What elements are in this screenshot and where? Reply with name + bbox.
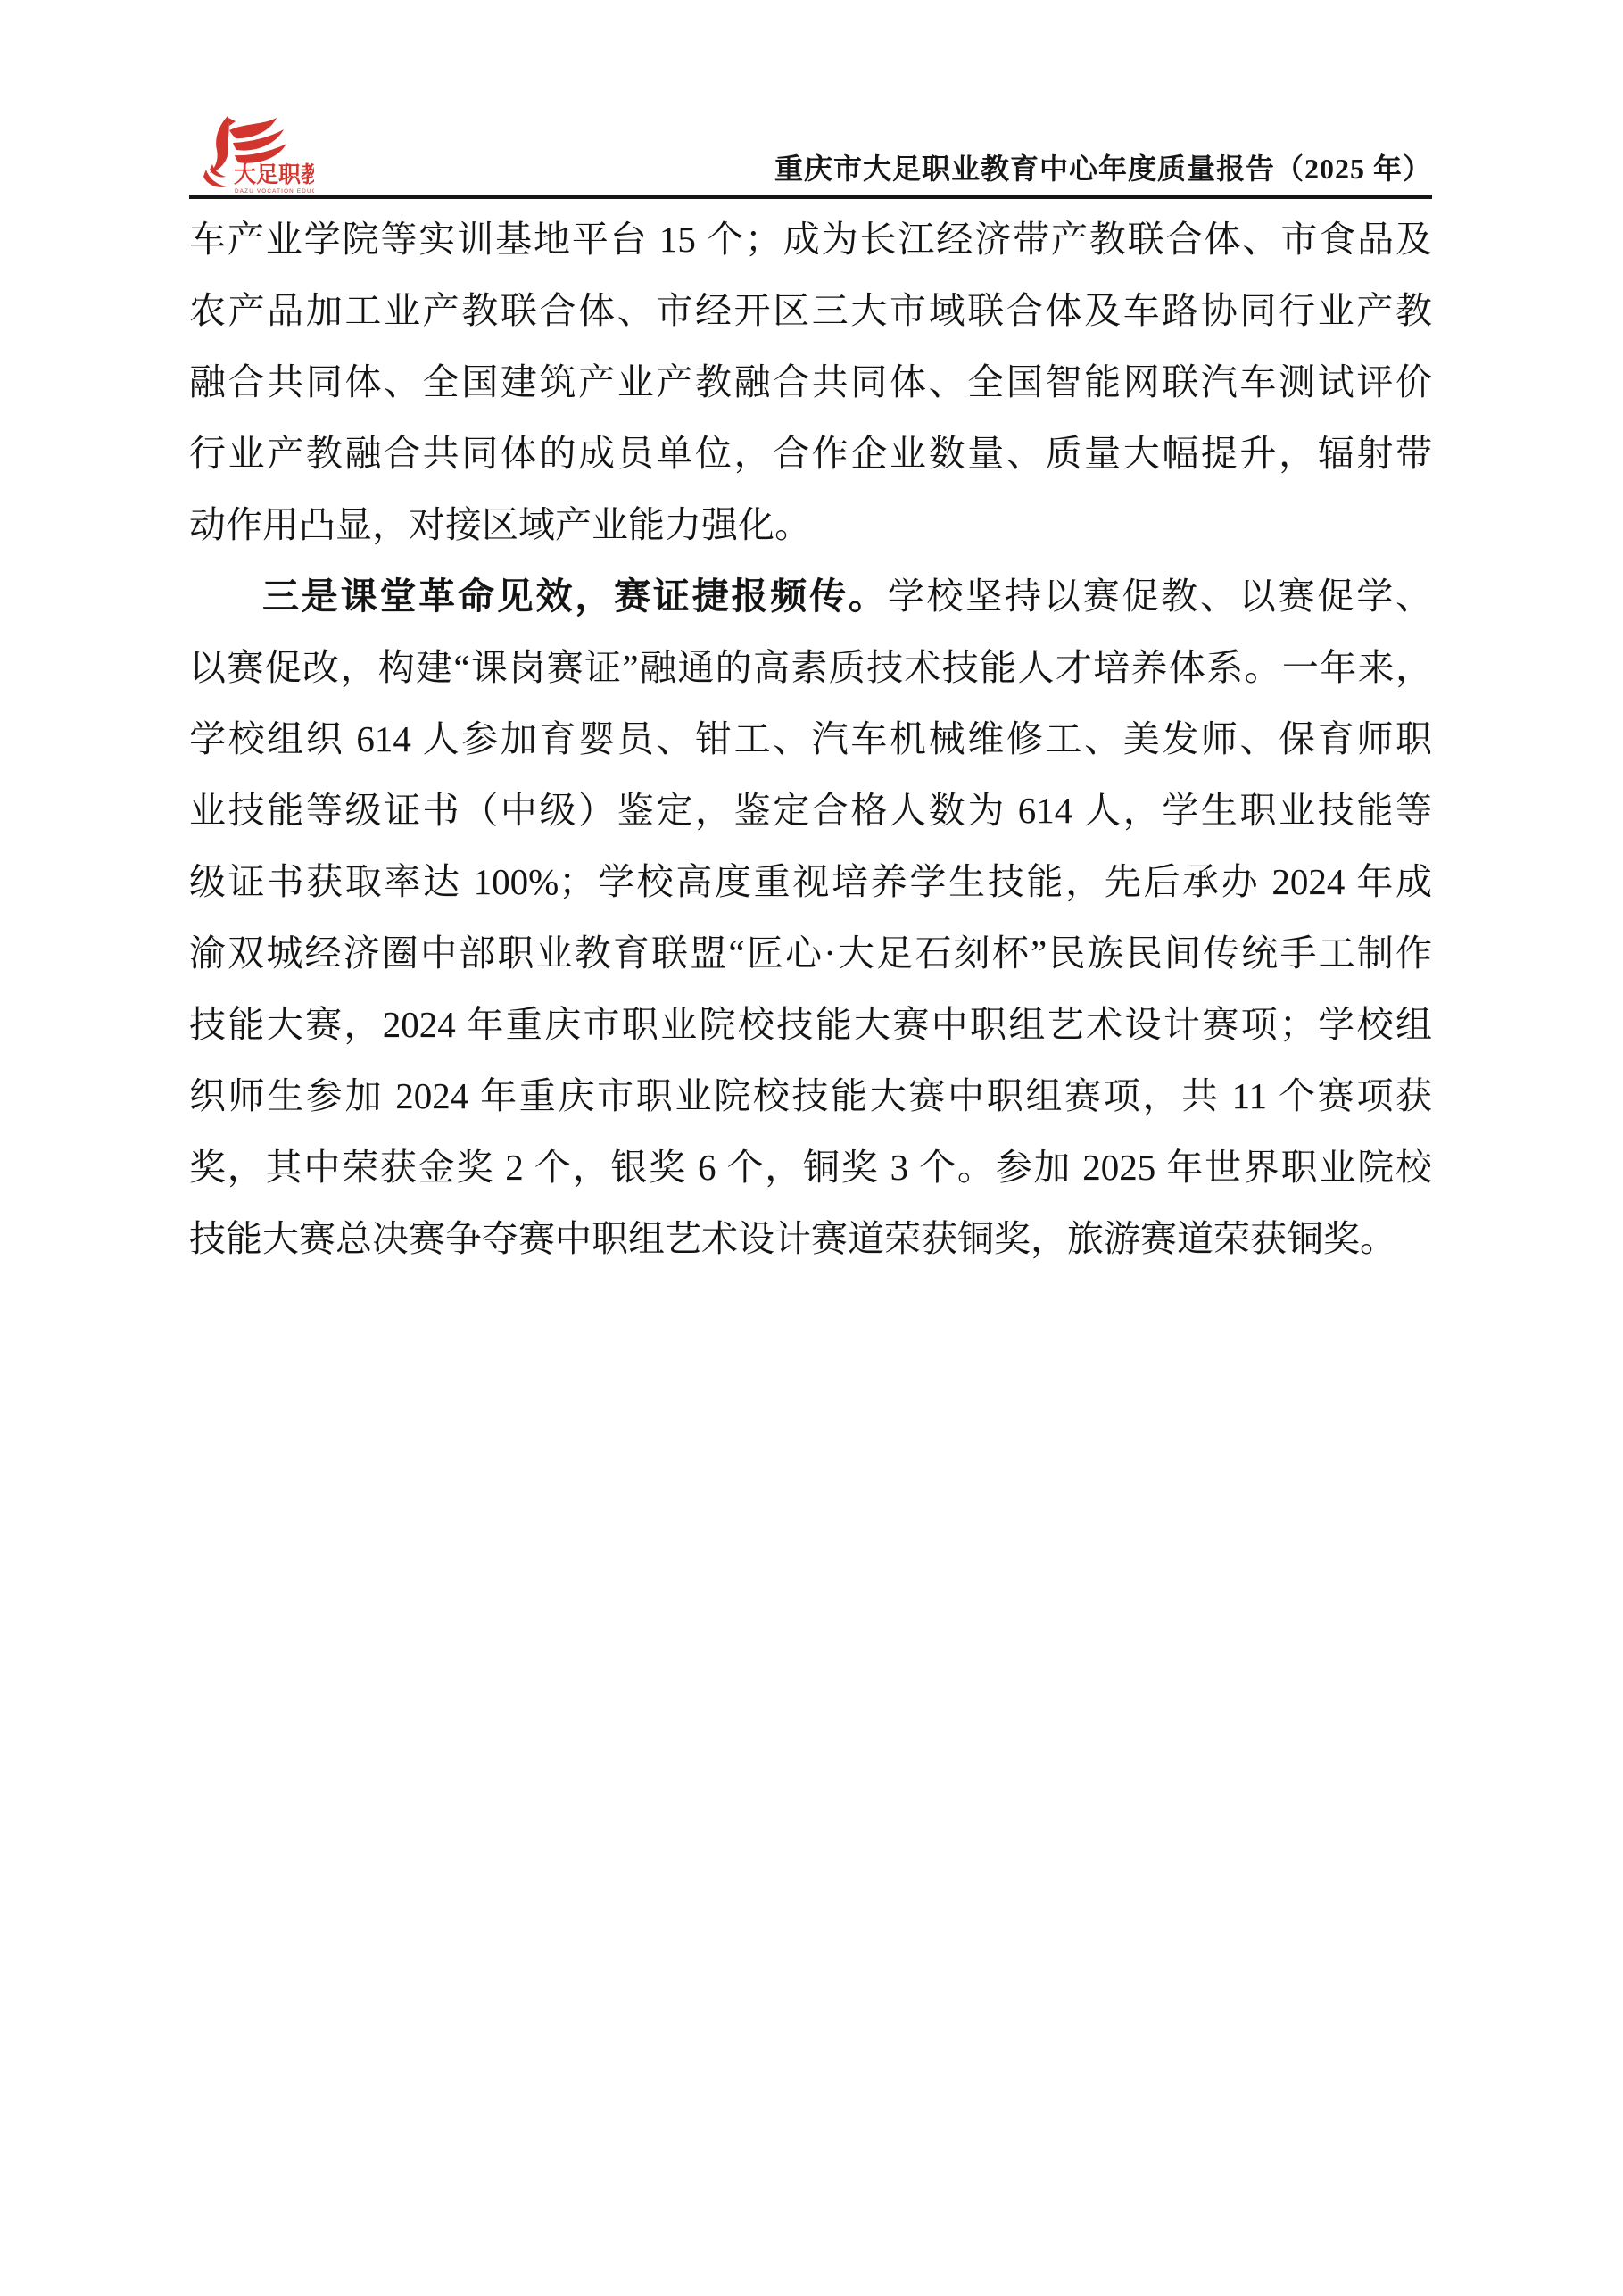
text-run: 农产品加工业产教联合体、市经开区三大市域联合体及车路协同行业产教 [189, 290, 1432, 331]
text-line: 车产业学院等实训基地平台 15 个；成为长江经济带产教联合体、市食品及 [189, 203, 1432, 275]
text-line: 行业产教融合共同体的成员单位，合作企业数量、质量大幅提升，辐射带 [189, 418, 1432, 489]
document-body: 车产业学院等实训基地平台 15 个；成为长江经济带产教联合体、市食品及农产品加工… [189, 203, 1432, 1274]
logo-en-text: DAZU VOCATION EDUCATION [235, 188, 314, 195]
report-page: 大足职教 DAZU VOCATION EDUCATION 重庆市大足职业教育中心… [0, 0, 1623, 2296]
text-line: 业技能等级证书（中级）鉴定，鉴定合格人数为 614 人，学生职业技能等 [189, 775, 1432, 846]
text-line: 三是课堂革命见效，赛证捷报频传。学校坚持以赛促教、以赛促学、 [189, 560, 1432, 632]
text-run: 融合共同体、全国建筑产业产教融合共同体、全国智能网联汽车测试评价 [189, 361, 1432, 402]
text-line: 级证书获取率达 100%；学校高度重视培养学生技能，先后承办 2024 年成 [189, 846, 1432, 917]
text-line: 技能大赛总决赛争夺赛中职组艺术设计赛道荣获铜奖，旅游赛道荣获铜奖。 [189, 1203, 1432, 1274]
text-line: 技能大赛，2024 年重庆市职业院校技能大赛中职组艺术设计赛项；学校组 [189, 989, 1432, 1060]
text-line: 融合共同体、全国建筑产业产教融合共同体、全国智能网联汽车测试评价 [189, 346, 1432, 418]
text-run: 学校组织 614 人参加育婴员、钳工、汽车机械维修工、美发师、保育师职 [189, 718, 1432, 759]
text-run: 技能大赛总决赛争夺赛中职组艺术设计赛道荣获铜奖，旅游赛道荣获铜奖。 [189, 1218, 1396, 1259]
text-run: 织师生参加 2024 年重庆市职业院校技能大赛中职组赛项，共 11 个赛项获 [189, 1075, 1432, 1116]
text-line: 农产品加工业产教联合体、市经开区三大市域联合体及车路协同行业产教 [189, 275, 1432, 346]
text-run: 业技能等级证书（中级）鉴定，鉴定合格人数为 614 人，学生职业技能等 [189, 790, 1432, 831]
school-logo: 大足职教 DAZU VOCATION EDUCATION [193, 114, 314, 198]
text-run: 技能大赛，2024 年重庆市职业院校技能大赛中职组艺术设计赛项；学校组 [189, 1004, 1432, 1045]
text-line: 渝双城经济圈中部职业教育联盟“匠心·大足石刻杯”民族民间传统手工制作 [189, 917, 1432, 989]
text-run: 级证书获取率达 100%；学校高度重视培养学生技能，先后承办 2024 年成 [189, 861, 1432, 902]
text-run: 以赛促改，构建“课岗赛证”融通的高素质技术技能人才培养体系。一年来， [189, 647, 1432, 688]
text-line: 奖，其中荣获金奖 2 个，银奖 6 个，铜奖 3 个。参加 2025 年世界职业… [189, 1131, 1432, 1203]
text-run: 学校坚持以赛促教、以赛促学、 [888, 576, 1432, 617]
running-header-title: 重庆市大足职业教育中心年度质量报告（2025 年） [774, 146, 1432, 187]
text-run: 车产业学院等实训基地平台 15 个；成为长江经济带产教联合体、市食品及 [189, 219, 1432, 260]
text-run: 奖，其中荣获金奖 2 个，银奖 6 个，铜奖 3 个。参加 2025 年世界职业… [189, 1147, 1432, 1188]
text-line: 动作用凸显，对接区域产业能力强化。 [189, 489, 1432, 560]
bold-text-run: 三是课堂革命见效，赛证捷报频传。 [262, 576, 888, 617]
text-line: 织师生参加 2024 年重庆市职业院校技能大赛中职组赛项，共 11 个赛项获 [189, 1060, 1432, 1131]
header-rule [189, 195, 1432, 199]
logo-cn-text: 大足职教 [234, 162, 314, 187]
text-line: 以赛促改，构建“课岗赛证”融通的高素质技术技能人才培养体系。一年来， [189, 632, 1432, 703]
text-run: 渝双城经济圈中部职业教育联盟“匠心·大足石刻杯”民族民间传统手工制作 [189, 932, 1432, 974]
phoenix-logo-icon: 大足职教 DAZU VOCATION EDUCATION [193, 114, 314, 198]
text-run: 动作用凸显，对接区域产业能力强化。 [189, 504, 811, 545]
text-line: 学校组织 614 人参加育婴员、钳工、汽车机械维修工、美发师、保育师职 [189, 703, 1432, 775]
text-run: 行业产教融合共同体的成员单位，合作企业数量、质量大幅提升，辐射带 [189, 433, 1432, 474]
